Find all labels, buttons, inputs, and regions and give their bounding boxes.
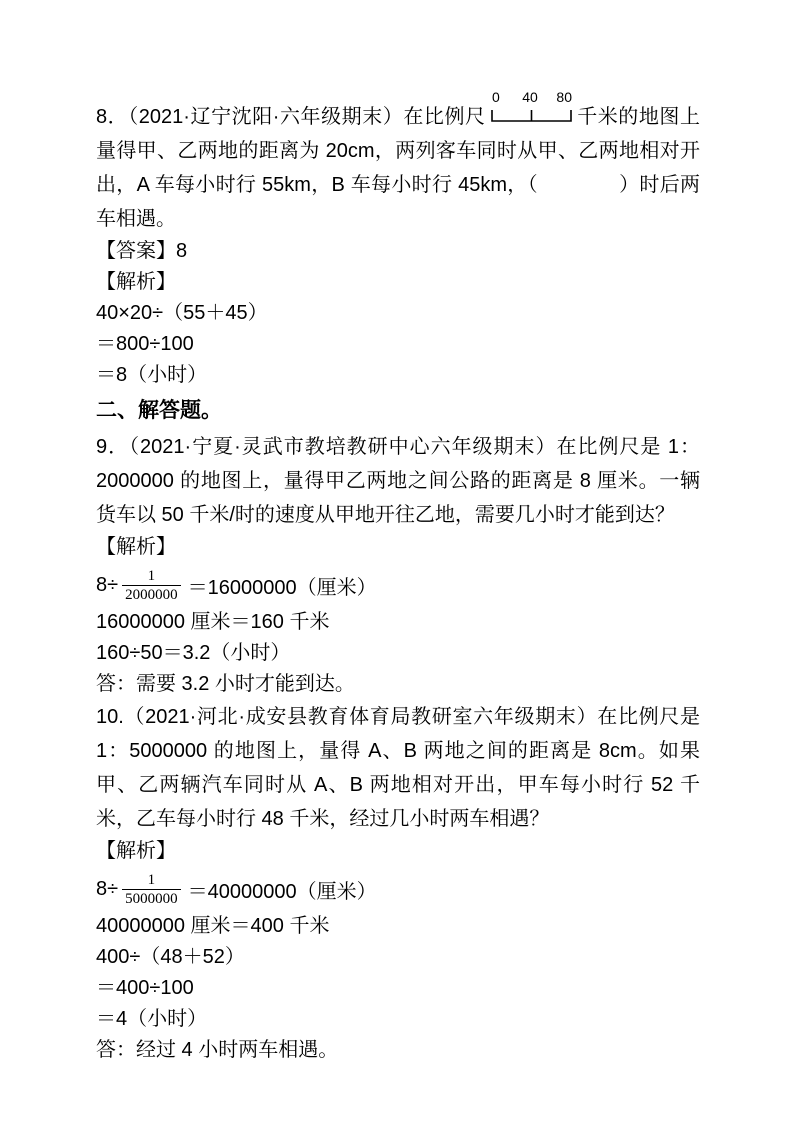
question-10-step-3: ＝400÷100	[96, 973, 700, 1004]
q9-fraction-denominator: 2000000	[122, 585, 181, 604]
question-10-text: 10.（2021·河北·成安县教育体育局教研室六年级期末）在比例尺是 1：500…	[96, 700, 700, 836]
q10-fraction-numerator: 1	[148, 872, 156, 889]
question-8-answer-line: 【答案】8	[96, 236, 700, 267]
scale-bar-label-80: 80	[556, 89, 572, 105]
question-10-fraction-equation: 8÷15000000＝40000000（厘米）	[96, 867, 700, 911]
question-10-step-1: 40000000 厘米＝400 千米	[96, 911, 700, 942]
question-9-step-2: 160÷50＝3.2（小时）	[96, 638, 700, 669]
question-9-step-1: 16000000 厘米＝160 千米	[96, 607, 700, 638]
question-8-step-2: ＝800÷100	[96, 329, 700, 360]
q10-fraction-denominator: 5000000	[122, 889, 181, 908]
q10-equation-suffix: ＝40000000（厘米）	[188, 875, 377, 904]
q10-fraction: 15000000	[122, 872, 181, 908]
map-scale-bar-graphic: 0 40 80	[490, 87, 574, 127]
worksheet-page: 8．（2021·辽宁沈阳·六年级期末）在比例尺 0 40 80 千米的地图上量得…	[0, 0, 793, 1122]
question-9-analysis-label: 【解析】	[96, 532, 700, 563]
question-10-answer-sentence: 答：经过 4 小时两车相遇。	[96, 1035, 700, 1066]
question-9-fraction-equation: 8÷12000000＝16000000（厘米）	[96, 563, 700, 607]
q9-fraction-numerator: 1	[148, 568, 156, 585]
question-9-text: 9．（2021·宁夏·灵武市教培教研中心六年级期末）在比例尺是 1：200000…	[96, 430, 700, 532]
section-heading: 二、解答题。	[96, 395, 700, 426]
question-10-step-2: 400÷（48＋52）	[96, 942, 700, 973]
scale-bar-label-0: 0	[492, 89, 500, 105]
question-8-step-3: ＝8（小时）	[96, 360, 700, 391]
question-10-step-4: ＝4（小时）	[96, 1004, 700, 1035]
question-8-analysis-label: 【解析】	[96, 267, 700, 298]
question-8-step-1: 40×20÷（55＋45）	[96, 298, 700, 329]
question-10-analysis-label: 【解析】	[96, 836, 700, 867]
scale-bar-label-40: 40	[522, 89, 538, 105]
q10-equation-prefix: 8÷	[96, 878, 118, 901]
answer-value: 8	[176, 240, 187, 262]
q9-fraction: 12000000	[122, 568, 181, 604]
q9-equation-prefix: 8÷	[96, 574, 118, 597]
question-8-text-before-scale: 8．（2021·辽宁沈阳·六年级期末）在比例尺	[96, 106, 486, 128]
question-9-answer-sentence: 答：需要 3.2 小时才能到达。	[96, 669, 700, 700]
q9-equation-suffix: ＝16000000（厘米）	[188, 571, 377, 600]
answer-label: 【答案】	[96, 240, 176, 262]
scale-bar-line	[492, 110, 571, 121]
question-8-text: 8．（2021·辽宁沈阳·六年级期末）在比例尺 0 40 80 千米的地图上量得…	[96, 100, 700, 236]
